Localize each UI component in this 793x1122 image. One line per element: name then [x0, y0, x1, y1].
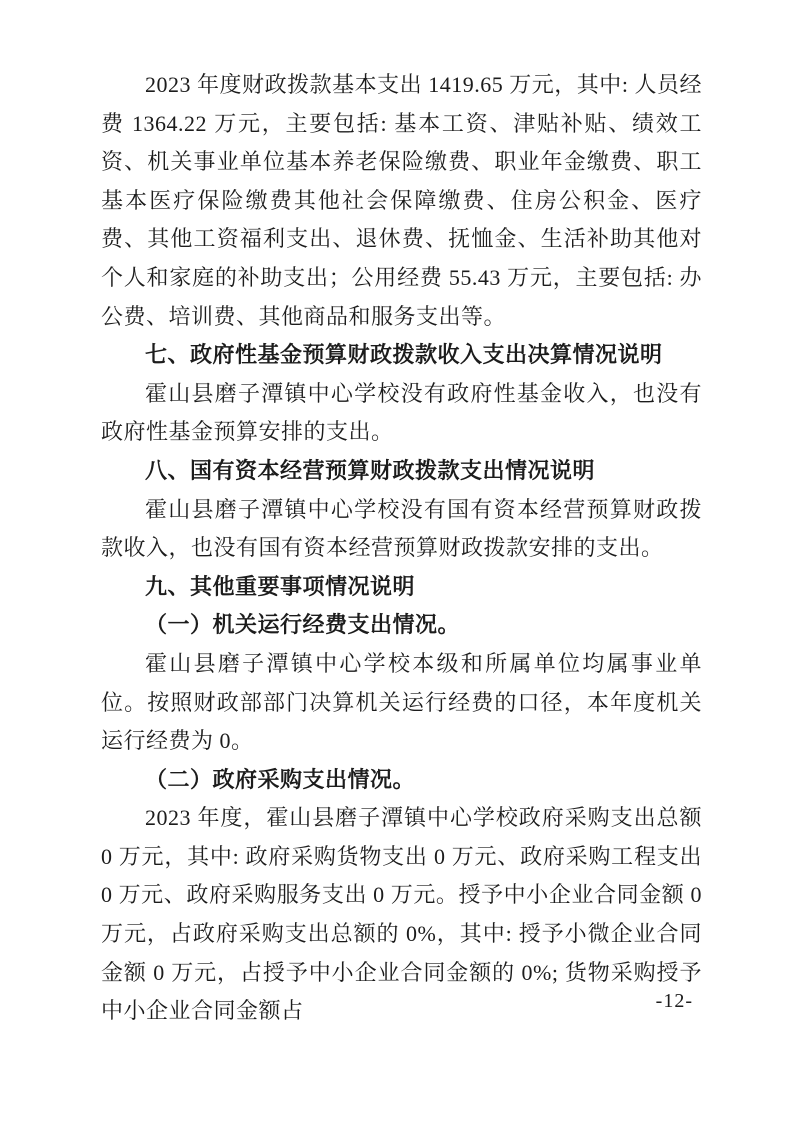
section-heading-8-state-capital: 八、国有资本经营预算财政拨款支出情况说明 — [101, 452, 702, 491]
paragraph-basic-expenditure: 2023 年度财政拨款基本支出 1419.65 万元，其中: 人员经费 1364… — [101, 66, 702, 336]
section-heading-7-government-funds: 七、政府性基金预算财政拨款收入支出决算情况说明 — [101, 336, 702, 375]
document-page: 2023 年度财政拨款基本支出 1419.65 万元，其中: 人员经费 1364… — [0, 0, 793, 1122]
paragraph-procurement: 2023 年度，霍山县磨子潭镇中心学校政府采购支出总额 0 万元，其中: 政府采… — [101, 799, 702, 1031]
paragraph-government-funds: 霍山县磨子潭镇中心学校没有政府性基金收入，也没有政府性基金预算安排的支出。 — [101, 375, 702, 452]
document-body: 2023 年度财政拨款基本支出 1419.65 万元，其中: 人员经费 1364… — [101, 66, 702, 1031]
paragraph-state-capital: 霍山县磨子潭镇中心学校没有国有资本经营预算财政拨款收入，也没有国有资本经营预算财… — [101, 491, 702, 568]
page-number: -12- — [656, 989, 693, 1013]
sub-heading-2-procurement: （二）政府采购支出情况。 — [101, 761, 702, 800]
sub-heading-1-operating-expenses: （一）机关运行经费支出情况。 — [101, 606, 702, 645]
paragraph-operating-expenses: 霍山县磨子潭镇中心学校本级和所属单位均属事业单位。按照财政部部门决算机关运行经费… — [101, 645, 702, 761]
section-heading-9-other-matters: 九、其他重要事项情况说明 — [101, 568, 702, 607]
